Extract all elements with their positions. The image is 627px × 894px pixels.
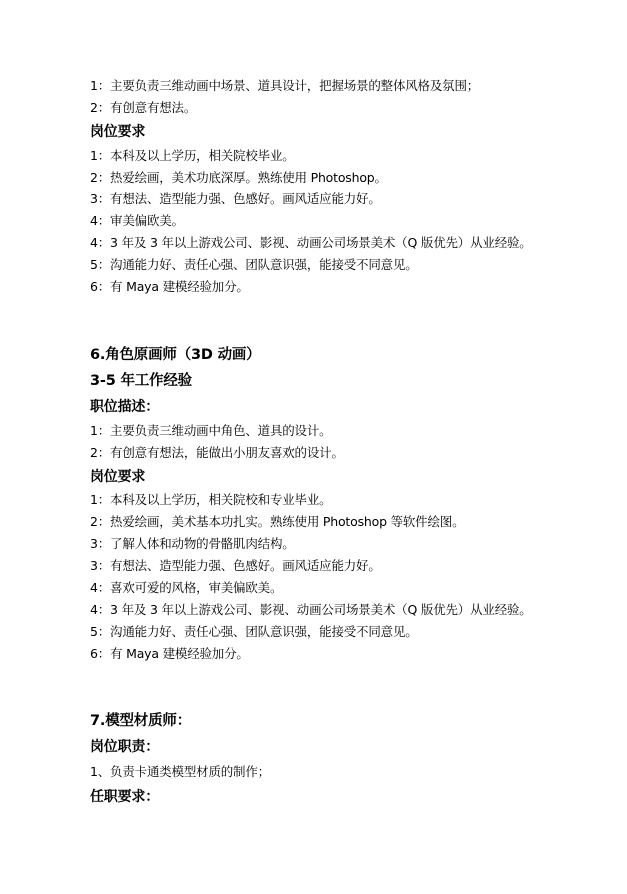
requirement-item: 4：3 年及 3 年以上游戏公司、影视、动画公司场景美术（Q 版优先）从业经验。 bbox=[90, 602, 532, 618]
duty-item: 1、负责卡通类模型材质的制作； bbox=[90, 764, 270, 780]
requirement-item: 6：有 Maya 建模经验加分。 bbox=[90, 646, 249, 662]
section-title: 7.模型材质师： bbox=[90, 712, 191, 730]
requirement-item: 4：喜欢可爱的风格，审美偏欧美。 bbox=[90, 580, 282, 596]
requirement-item: 2：热爱绘画，美术基本功扎实。熟练使用 Photoshop 等软件绘图。 bbox=[90, 514, 464, 530]
requirement-item: 6：有 Maya 建模经验加分。 bbox=[90, 279, 249, 295]
requirement-item: 2：热爱绘画，美术功底深厚。熟练使用 Photoshop。 bbox=[90, 170, 387, 186]
description-heading: 职位描述： bbox=[90, 398, 159, 416]
requirement-item: 5：沟通能力好、责任心强、团队意识强，能接受不同意见。 bbox=[90, 257, 418, 273]
requirements-heading: 岗位要求 bbox=[90, 123, 145, 141]
duties-heading: 岗位职责： bbox=[90, 738, 159, 756]
requirement-item: 1：本科及以上学历，相关院校和专业毕业。 bbox=[90, 492, 331, 508]
requirement-item: 1：本科及以上学历，相关院校毕业。 bbox=[90, 148, 295, 164]
experience-heading: 3-5 年工作经验 bbox=[90, 372, 192, 390]
requirements-heading: 任职要求： bbox=[90, 788, 159, 806]
requirement-item: 3：了解人体和动物的骨骼肌肉结构。 bbox=[90, 536, 295, 552]
requirement-item: 3：有想法、造型能力强、色感好。画风适应能力好。 bbox=[90, 558, 381, 574]
requirement-item: 3：有想法、造型能力强、色感好。画风适应能力好。 bbox=[90, 191, 381, 207]
section-title: 6.角色原画师（3D 动画） bbox=[90, 346, 260, 364]
requirement-item: 4：3 年及 3 年以上游戏公司、影视、动画公司场景美术（Q 版优先）从业经验。 bbox=[90, 235, 532, 251]
requirement-item: 5：沟通能力好、责任心强、团队意识强，能接受不同意见。 bbox=[90, 624, 418, 640]
requirements-heading: 岗位要求 bbox=[90, 468, 145, 486]
duty-item: 2：有创意有想法。 bbox=[90, 100, 196, 116]
description-item: 2：有创意有想法，能做出小朋友喜欢的设计。 bbox=[90, 445, 344, 461]
description-item: 1：主要负责三维动画中角色、道具的设计。 bbox=[90, 423, 331, 439]
duty-item: 1：主要负责三维动画中场景、道具设计，把握场景的整体风格及氛围； bbox=[90, 78, 479, 94]
requirement-item: 4：审美偏欧美。 bbox=[90, 213, 184, 229]
